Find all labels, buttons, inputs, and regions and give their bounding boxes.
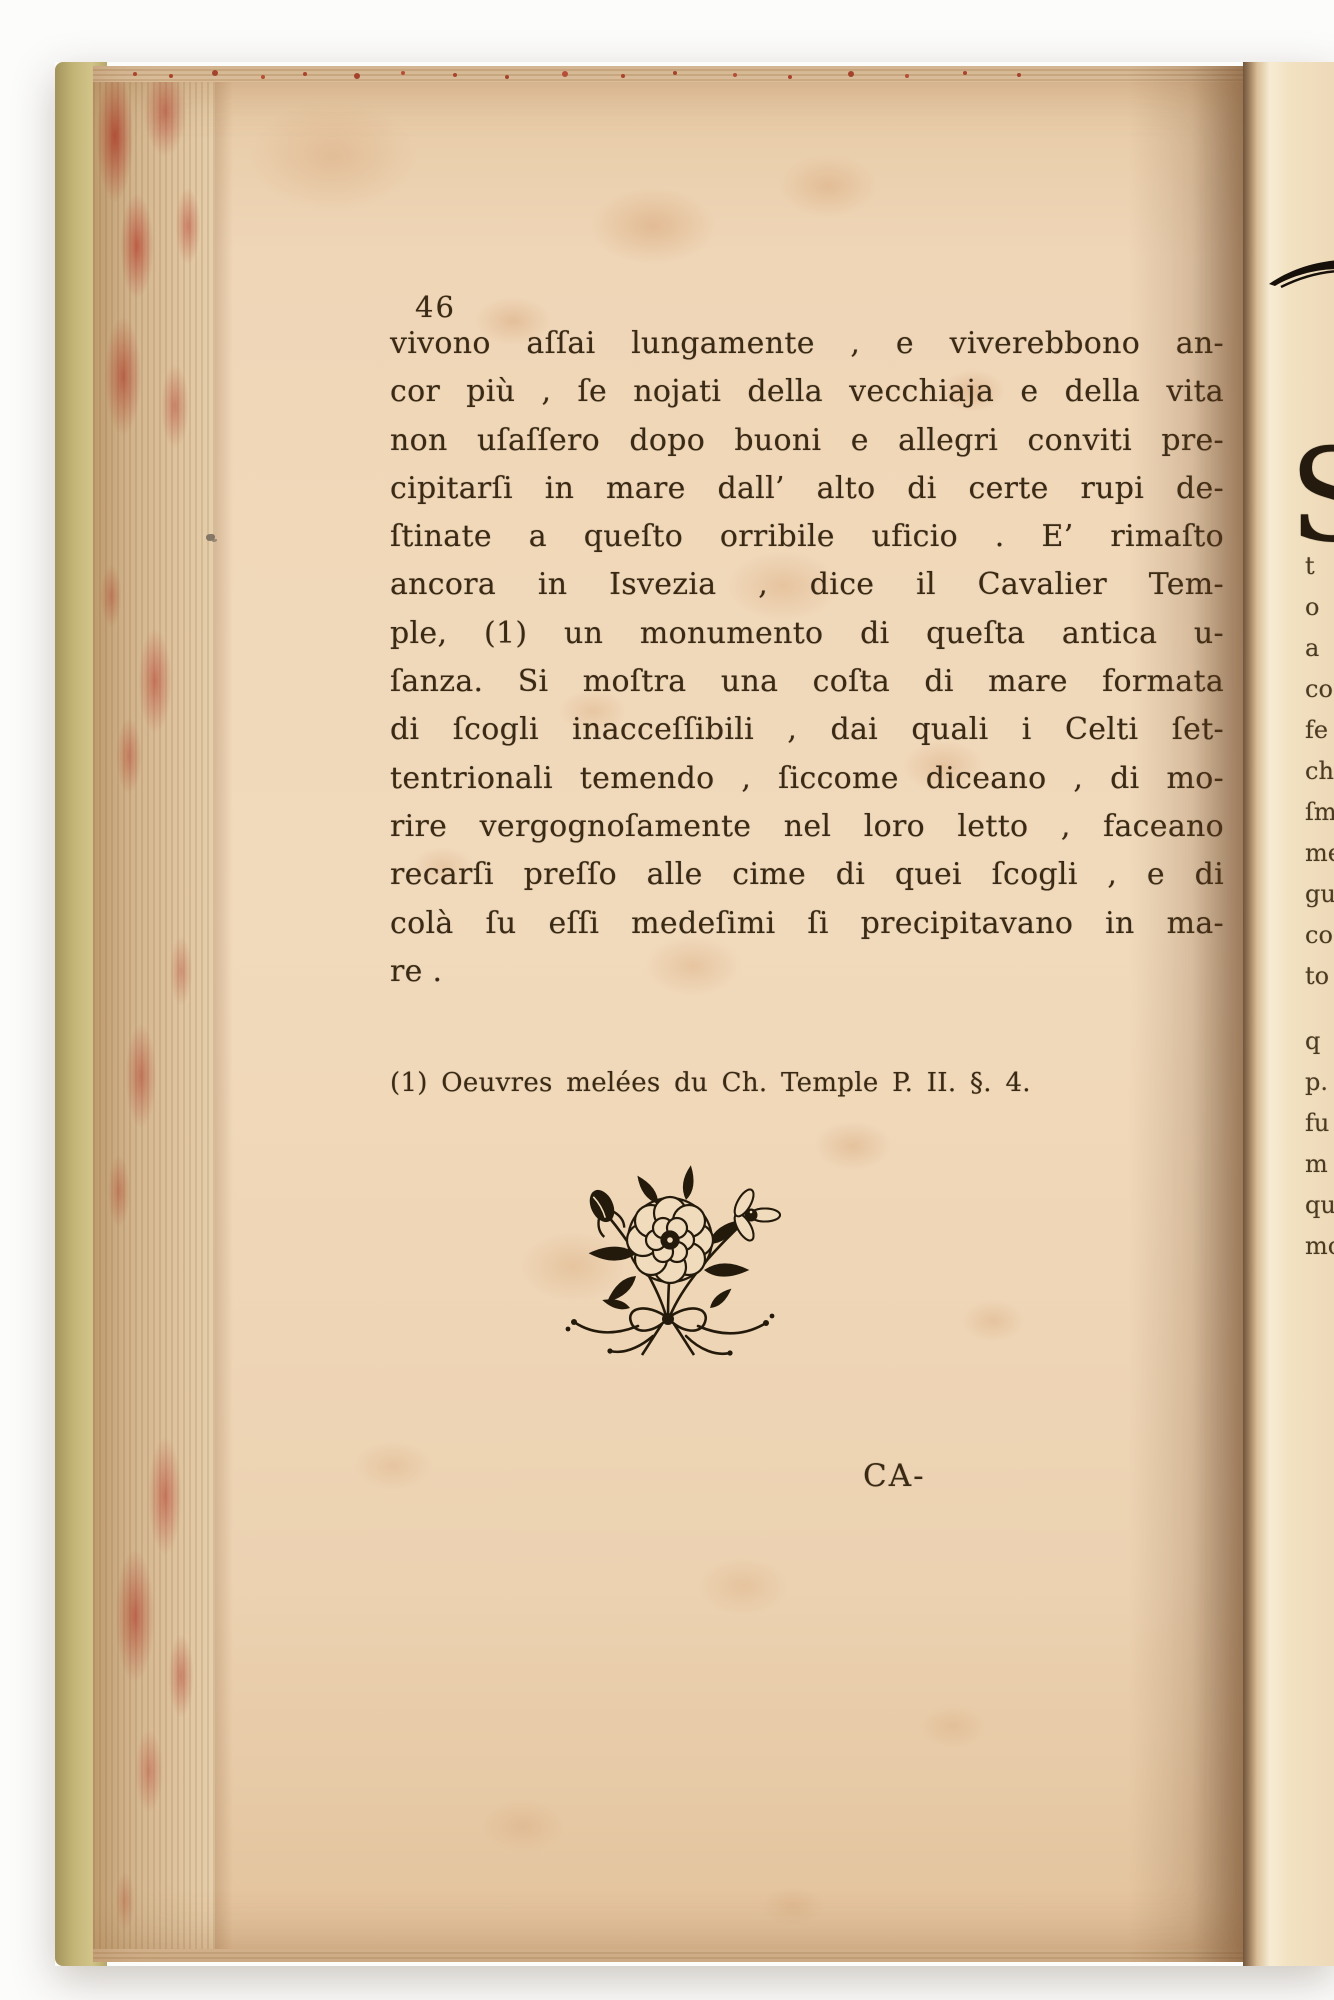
drop-cap: S [1289,442,1334,552]
open-book: 46 vivono aſſai lungamente , e viverebbo… [55,62,1334,1966]
catchword: CA- [863,1458,926,1494]
text-line: rire vergognoſamente nel loro letto , fa… [390,803,1224,851]
text-line: vivono aſſai lungamente , e viverebbono … [390,320,1224,368]
text-line: non uſaſſero dopo buoni e allegri convit… [390,417,1224,465]
edge-fragment: gu [1305,882,1334,906]
text-line: ple, (1) un monumento di queſta antica u… [390,610,1224,658]
page-number: 46 [415,290,456,324]
edge-fragment: me [1305,841,1334,865]
book-photo: 46 vivono aſſai lungamente , e viverebbo… [0,0,1334,2000]
text-line: ſanza. Si moſtra una coſta di mare forma… [390,658,1224,706]
edge-fragment: co [1305,923,1334,947]
edge-fragment: q [1305,1029,1334,1053]
edge-fragment: to [1305,964,1334,988]
facing-page-edge: S t o a co fe ch ſm me gu co to q p. fu … [1243,62,1334,1966]
top-page-edges [93,66,1243,82]
edge-fragment: mo [1305,1234,1334,1258]
edge-fragment: qu [1305,1193,1334,1217]
floral-ornament-image [518,1158,818,1368]
edge-fragment: t [1305,554,1334,578]
edge-fragment: ch [1305,759,1334,783]
edge-fragment: a [1305,636,1334,660]
edge-fragment: m [1305,1152,1334,1176]
edge-text-fragments: t o a co fe ch ſm me gu co to q p. fu m … [1305,554,1334,1258]
gutter-shadow [1128,66,1243,1962]
text-line: ancora in Isvezia , dice il Cavalier Tem… [390,561,1224,609]
headpiece-swash [1269,258,1334,288]
edge-fragment: fu [1305,1111,1334,1135]
edge-fragment: co [1305,677,1334,701]
text-line: ſtinate a queſto orribile uficio . E’ ri… [390,513,1224,561]
footnote: (1) Oeuvres melées du Ch. Temple P. II. … [390,1068,1150,1098]
edge-fragment: o [1305,595,1334,619]
fore-edge-marbling [93,66,215,1962]
text-line: colà ſu eſſi medeſimi ſi precipitavano i… [390,900,1224,948]
text-line: di ſcogli inacceſſibili , dai quali i Ce… [390,706,1224,754]
text-line: cor più , ſe nojati della vecchiaja e de… [390,368,1224,416]
text-line: cipitarſi in mare dall’ alto di certe ru… [390,465,1224,513]
edge-fragment: fe [1305,718,1334,742]
left-page: 46 vivono aſſai lungamente , e viverebbo… [93,66,1243,1962]
text-line: re . [390,948,1224,996]
text-line: recarſi preſſo alle cime di quei ſcogli … [390,851,1224,899]
edge-fragment: ſm [1305,800,1334,824]
body-text: vivono aſſai lungamente , e viverebbono … [390,320,1224,996]
red-speckle-dots [133,72,137,76]
bottom-page-edges [93,1949,1243,1962]
text-line: tentrionali temendo , ſiccome diceano , … [390,755,1224,803]
edge-fragment: p. [1305,1070,1334,1094]
